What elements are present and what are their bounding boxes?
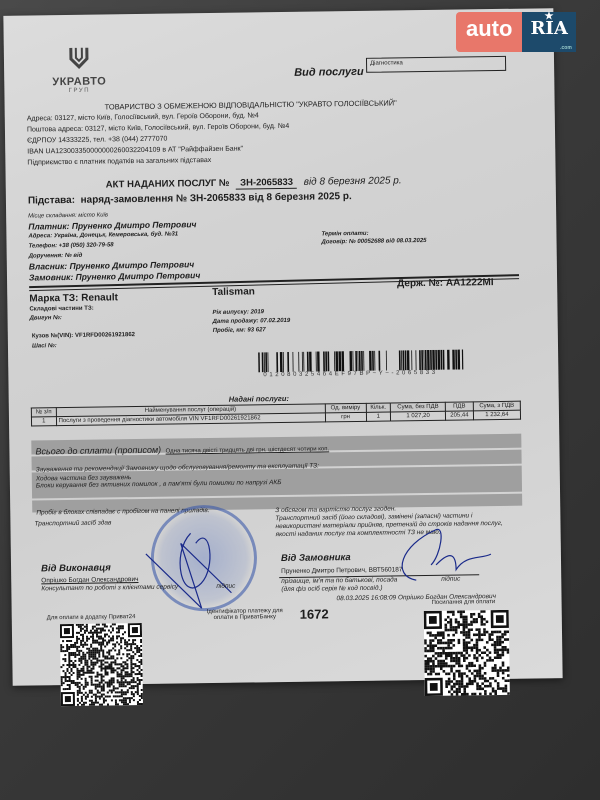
vehicle-plate: Держ. №: AA1222MI xyxy=(397,277,494,289)
executor-name: Опрішко Богдан Олександрович xyxy=(41,576,138,584)
company-iban: IBAN UA123003350000000260032204109 в АТ … xyxy=(27,146,243,156)
executor-signature-icon xyxy=(140,512,251,614)
column-header: Кільк. xyxy=(366,403,391,412)
customer: Замовник: Пруненко Дмитро Петрович xyxy=(29,270,200,282)
contract: Договір: № 00052688 від 08.03.2025 xyxy=(322,238,427,245)
logo-sub: ГРУП xyxy=(44,87,114,94)
act-title: АКТ НАДАНИХ ПОСЛУГ № ЗН-2065833 від 8 бе… xyxy=(106,175,402,191)
vehicle-vin: Кузов №(VIN): VF1RFD00261921862 xyxy=(32,332,135,339)
power-of-attorney: Доручення: № від xyxy=(29,253,83,260)
privat24-label: Для оплати в додатку Приват24 xyxy=(47,614,136,621)
executor-heading: Від Виконавця xyxy=(41,562,111,574)
act-title-text: АКТ НАДАНИХ ПОСЛУГ № xyxy=(106,178,230,191)
autoria-watermark: auto ★ RIA .com xyxy=(456,12,576,52)
ukravto-logo-icon xyxy=(66,45,92,71)
vehicle-model: Talisman xyxy=(212,286,255,298)
customer-name: Пруненко Дмитро Петрович, ВВТ560187 xyxy=(281,566,402,575)
vehicle-chassis: Шасі №: xyxy=(32,343,57,349)
barcode-text: 0120803254б4EF97BP~Y~-2065833 xyxy=(263,370,437,378)
logo-name: УКРАВТО xyxy=(44,75,114,88)
vehicle-year: Рік випуску: 2019 xyxy=(212,309,264,316)
basis-label: Підстава: xyxy=(28,195,75,207)
place: Місце складання: місто Київ xyxy=(28,212,108,219)
autoria-suffix: .com xyxy=(560,45,572,51)
vehicle-sale-date: Дата продажу: 07.02.2019 xyxy=(213,318,291,325)
services-title: Надані послуги: xyxy=(229,394,289,404)
basis-value: наряд-замовлення № ЗН-2065833 від 8 бере… xyxy=(81,191,352,206)
document-paper: УКРАВТО ГРУП Вид послуги Діагностика ТОВ… xyxy=(3,8,562,686)
vehicle-handed: Транспортний засіб здав xyxy=(34,519,111,527)
act-number: ЗН-2065833 xyxy=(236,177,297,190)
payment-id-value: 1672 xyxy=(300,606,329,621)
company-logo: УКРАВТО ГРУП xyxy=(44,44,115,94)
vehicle-components: Складові частини ТЗ: xyxy=(29,306,93,313)
payment-link-qr-code[interactable] xyxy=(424,610,510,696)
payment-term: Термін оплати: xyxy=(321,231,368,238)
company-name: ТОВАРИСТВО З ОБМЕЖЕНОЮ ВІДПОВІДАЛЬНІСТЮ … xyxy=(105,98,397,111)
payer-phone: Телефон: +38 (050) 320-79-58 xyxy=(29,242,114,249)
table-cell: грн xyxy=(325,412,366,422)
executor-sign-label: підпис xyxy=(216,583,235,590)
table-cell: 205,44 xyxy=(446,411,474,420)
act-basis: Підстава: наряд-замовлення № ЗН-2065833 … xyxy=(28,191,352,207)
autoria-auto: auto xyxy=(456,12,522,52)
company-postal-address: Поштова адреса: 03127, місто Київ, Голос… xyxy=(27,123,289,134)
star-icon: ★ xyxy=(544,11,553,22)
table-cell: 1 232,64 xyxy=(473,410,520,420)
table-cell: 1 xyxy=(31,417,56,426)
act-date: від 8 березня 2025 р. xyxy=(304,175,402,187)
company-tax-status: Підприємство є платник податків на загал… xyxy=(27,157,211,167)
remarks-body: Ходова частина без зауважень Блоки керув… xyxy=(32,466,522,499)
company-edrpou: ЄДРПОУ 14333225, тел. +38 (044) 2777070 xyxy=(27,136,167,145)
customer-signature-icon xyxy=(386,524,497,586)
payment-id-label: Ідентифікатор платежу для оплати в Прива… xyxy=(207,608,283,621)
autoria-ria: ★ RIA .com xyxy=(522,12,575,52)
column-header: ПДВ xyxy=(445,402,473,411)
payer-address: Адреса: Україна, Донецьк, Кемеровська, б… xyxy=(28,231,178,239)
table-cell: 1 027,20 xyxy=(391,411,446,421)
vehicle-engine: Двигун №: xyxy=(30,315,62,321)
services-table: № з/пНайменування послуг (операцій)Од. в… xyxy=(31,401,521,427)
payment-link-label: Посилання для оплати xyxy=(432,599,496,606)
payer: Платник: Пруненко Дмитро Петрович xyxy=(28,219,196,231)
table-cell: 1 xyxy=(366,412,391,421)
vehicle-mileage: Пробіг, км: 93 627 xyxy=(213,327,266,334)
vehicle-brand: Марка ТЗ: Renault xyxy=(29,292,118,304)
service-type-value: Діагностика xyxy=(366,56,506,73)
service-type-label: Вид послуги xyxy=(294,66,364,79)
customer-heading: Від Замовника xyxy=(281,552,351,564)
column-header: № з/п xyxy=(31,408,56,417)
company-address: Адреса: 03127, місто Київ, Голосіївський… xyxy=(27,112,259,122)
customer-hint-2: (для фіз осіб серія № код посвід.) xyxy=(281,585,382,593)
payment-id-label-2: оплати в ПриватБанку xyxy=(207,614,283,621)
privat24-qr-code[interactable] xyxy=(60,623,143,706)
